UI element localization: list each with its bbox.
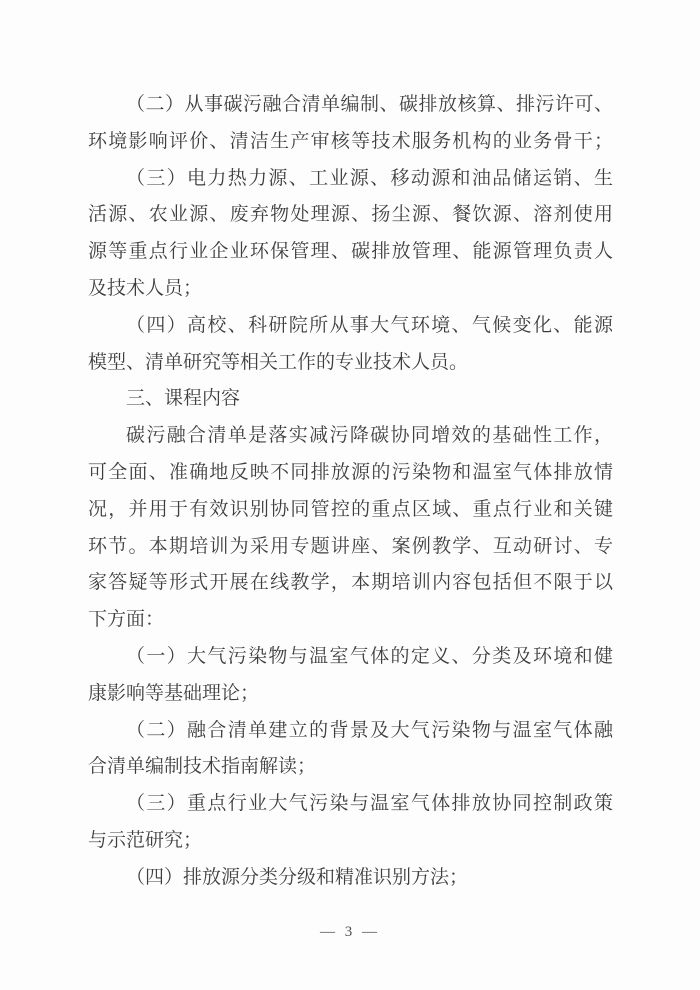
document-line: 康影响等基础理论；: [88, 676, 613, 713]
document-text-block: （二）从事碳污融合清单编制、碳排放核算、排污许可、 环境影响评价、清洁生产审核等…: [88, 87, 613, 897]
document-line: （三）电力热力源、工业源、移动源和油品储运销、生: [88, 161, 613, 198]
document-line: 况，并用于有效识别协同管控的重点区域、重点行业和关键: [88, 492, 613, 529]
document-line: 源等重点行业企业环保管理、碳排放管理、能源管理负责人: [88, 234, 613, 271]
document-line: 环节。本期培训为采用专题讲座、案例教学、互动研讨、专: [88, 529, 613, 566]
document-line: （二）融合清单建立的背景及大气污染物与温室气体融: [88, 713, 613, 750]
document-line: 环境影响评价、清洁生产审核等技术服务机构的业务骨干；: [88, 124, 613, 161]
document-line: 下方面：: [88, 602, 613, 639]
document-line: 可全面、准确地反映不同排放源的污染物和温室气体排放情: [88, 455, 613, 492]
document-line: 碳污融合清单是落实减污降碳协同增效的基础性工作，: [88, 418, 613, 455]
page-number: — 3 —: [0, 924, 700, 941]
document-line: 模型、清单研究等相关工作的专业技术人员。: [88, 345, 613, 382]
document-line: （二）从事碳污融合清单编制、碳排放核算、排污许可、: [88, 87, 613, 124]
document-line: （四）高校、科研院所从事大气环境、气候变化、能源: [88, 308, 613, 345]
document-line: 合清单编制技术指南解读；: [88, 749, 613, 786]
document-line: 与示范研究；: [88, 823, 613, 860]
document-line: 及技术人员；: [88, 271, 613, 308]
document-line: （四）排放源分类分级和精准识别方法；: [88, 860, 613, 897]
section-heading-course-content: 三、课程内容: [88, 381, 613, 418]
document-line: 活源、农业源、废弃物处理源、扬尘源、餐饮源、溶剂使用: [88, 197, 613, 234]
document-page: （二）从事碳污融合清单编制、碳排放核算、排污许可、 环境影响评价、清洁生产审核等…: [0, 0, 700, 990]
document-line: （一）大气污染物与温室气体的定义、分类及环境和健: [88, 639, 613, 676]
document-line: （三）重点行业大气污染与温室气体排放协同控制政策: [88, 786, 613, 823]
document-line: 家答疑等形式开展在线教学，本期培训内容包括但不限于以: [88, 565, 613, 602]
